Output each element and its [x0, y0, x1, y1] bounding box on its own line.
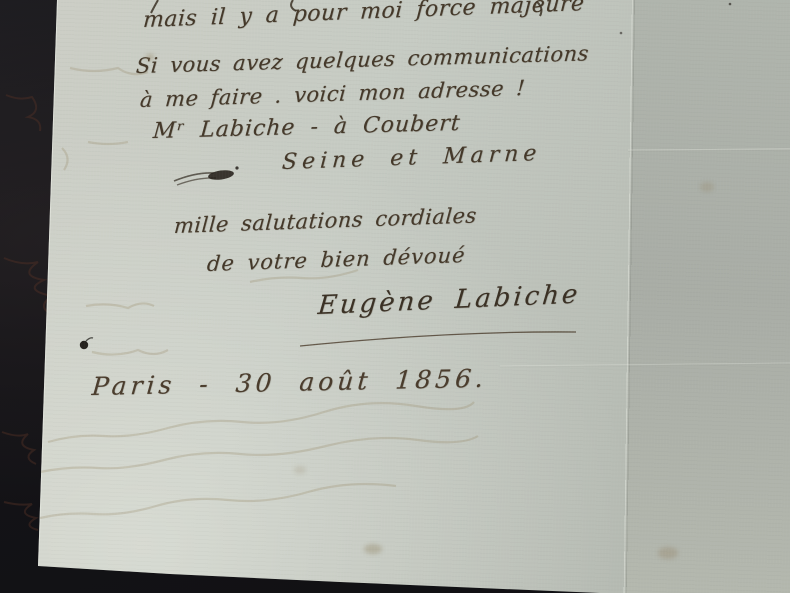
photo-frame: mais il y a pour moi force majeure Si vo… [0, 0, 790, 593]
ink-blot [80, 338, 93, 349]
cutoff-strokes [151, 0, 541, 16]
signature-flourish [300, 332, 576, 346]
ink-marks [0, 0, 790, 593]
letter-page: mais il y a pour moi force majeure Si vo… [0, 0, 790, 593]
ink-smudge [174, 166, 239, 185]
